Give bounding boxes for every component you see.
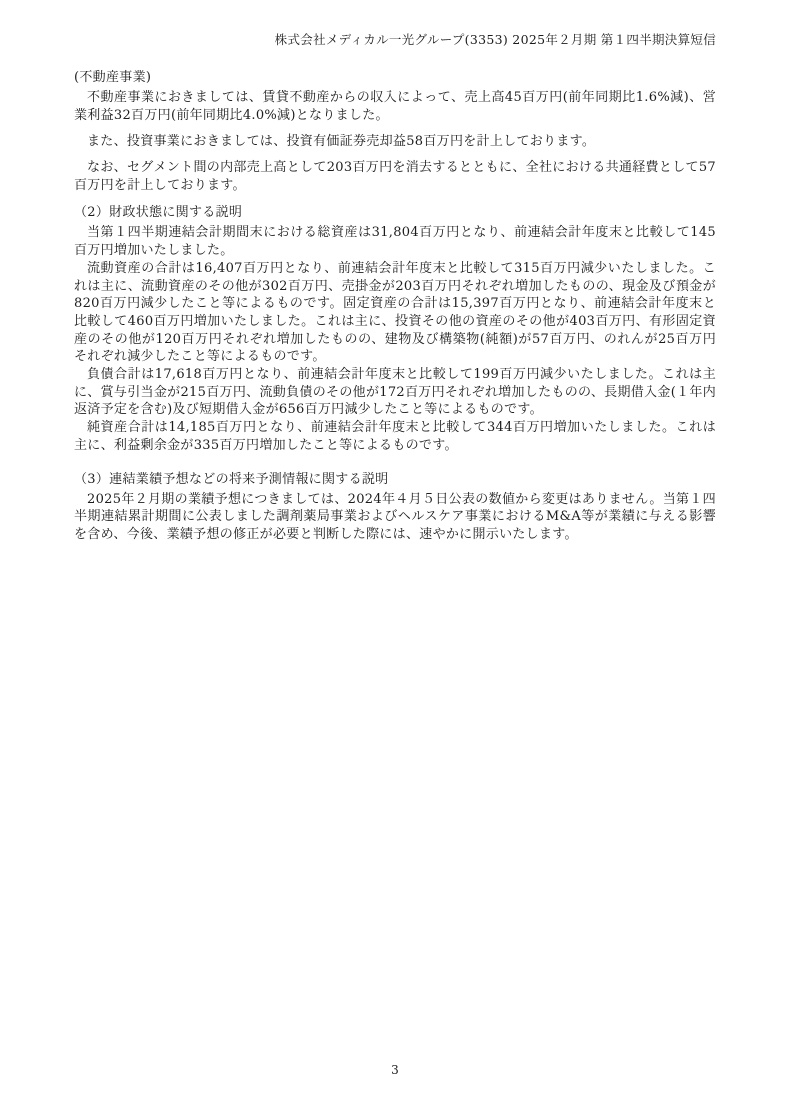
- section-financial-position: （2）財政状態に関する説明 当第１四半期連結会計期間末における総資産は31,80…: [74, 204, 716, 454]
- paragraph-current-fixed-assets: 流動資産の合計は16,407百万円となり、前連結会計年度末と比較して315百万円…: [74, 260, 716, 366]
- page-number: 3: [0, 1063, 790, 1078]
- paragraph-net-assets: 純資産合計は14,185百万円となり、前連結会計年度末と比較して344百万円増加…: [74, 419, 716, 454]
- section-heading-financial-position: （2）財政状態に関する説明: [74, 204, 716, 222]
- document-page: 株式会社メディカル一光グループ(3353) 2025年２月期 第１四半期決算短信…: [0, 0, 790, 1118]
- document-header-title: 株式会社メディカル一光グループ(3353) 2025年２月期 第１四半期決算短信: [74, 32, 716, 47]
- document-body: (不動産事業) 不動産事業におきましては、賃貸不動産からの収入によって、売上高4…: [74, 69, 716, 544]
- section-heading-real-estate: (不動産事業): [74, 69, 716, 87]
- paragraph-real-estate-results: 不動産事業におきましては、賃貸不動産からの収入によって、売上高45百万円(前年同…: [74, 89, 716, 124]
- paragraph-forecast: 2025年２月期の業績予想につきましては、2024年４月５日公表の数値から変更は…: [74, 491, 716, 544]
- section-forecast: （3）連結業績予想などの将来予測情報に関する説明 2025年２月期の業績予想につ…: [74, 471, 716, 544]
- section-real-estate: (不動産事業) 不動産事業におきましては、賃貸不動産からの収入によって、売上高4…: [74, 69, 716, 195]
- paragraph-liabilities: 負債合計は17,618百万円となり、前連結会計年度末と比較して199百万円減少い…: [74, 366, 716, 419]
- paragraph-investment-business: また、投資事業におきましては、投資有価証券売却益58百万円を計上しております。: [74, 133, 716, 151]
- section-heading-forecast: （3）連結業績予想などの将来予測情報に関する説明: [74, 471, 716, 489]
- paragraph-segment-elimination: なお、セグメント間の内部売上高として203百万円を消去するとともに、全社における…: [74, 159, 716, 194]
- paragraph-total-assets: 当第１四半期連結会計期間末における総資産は31,804百万円となり、前連結会計年…: [74, 224, 716, 259]
